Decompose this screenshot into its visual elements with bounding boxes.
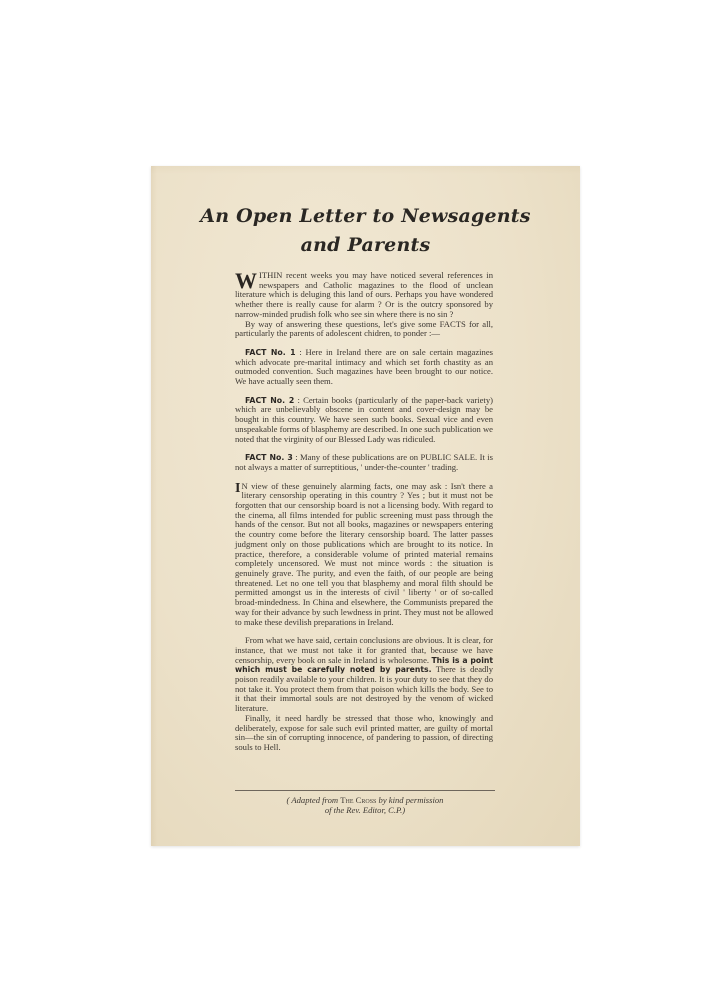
fact-1: FACT No. 1 : Here in Ireland there are o…: [235, 348, 493, 387]
fact-2: FACT No. 2 : Certain books (particularly…: [235, 396, 493, 445]
source-publication: The Cross: [340, 795, 376, 805]
intro-paragraph: WITHIN recent weeks you may have noticed…: [235, 271, 493, 320]
divider-rule: [235, 790, 495, 791]
credit-line-1: ( Adapted from The Cross by kind permiss…: [235, 795, 495, 805]
finally-paragraph: Finally, it need hardly be stressed that…: [235, 714, 493, 753]
drop-cap-i: I: [235, 483, 240, 495]
fact-3-label: FACT No. 3: [245, 453, 293, 462]
fact-3: FACT No. 3 : Many of these publications …: [235, 453, 493, 472]
fact-1-label: FACT No. 1: [245, 348, 296, 357]
intro-second-paragraph: By way of answering these questions, let…: [235, 320, 493, 339]
censorship-text: N view of these genuinely alarming facts…: [235, 481, 493, 627]
letter-body: WITHIN recent weeks you may have noticed…: [235, 271, 493, 753]
credit-line-2: of the Rev. Editor, C.P.): [235, 805, 495, 815]
document-title: An Open Letter to Newsagents and Parents: [151, 202, 580, 260]
intro-text: ITHIN recent weeks you may have noticed …: [235, 270, 493, 319]
title-line-2: and Parents: [151, 231, 580, 260]
fact-2-label: FACT No. 2: [245, 396, 294, 405]
source-credit: ( Adapted from The Cross by kind permiss…: [235, 795, 495, 815]
leaflet-page: An Open Letter to Newsagents and Parents…: [151, 166, 580, 846]
drop-cap-w: W: [235, 272, 257, 290]
title-line-1: An Open Letter to Newsagents: [151, 202, 580, 231]
censorship-paragraph: IN view of these genuinely alarming fact…: [235, 482, 493, 628]
conclusions-paragraph: From what we have said, certain conclusi…: [235, 636, 493, 714]
